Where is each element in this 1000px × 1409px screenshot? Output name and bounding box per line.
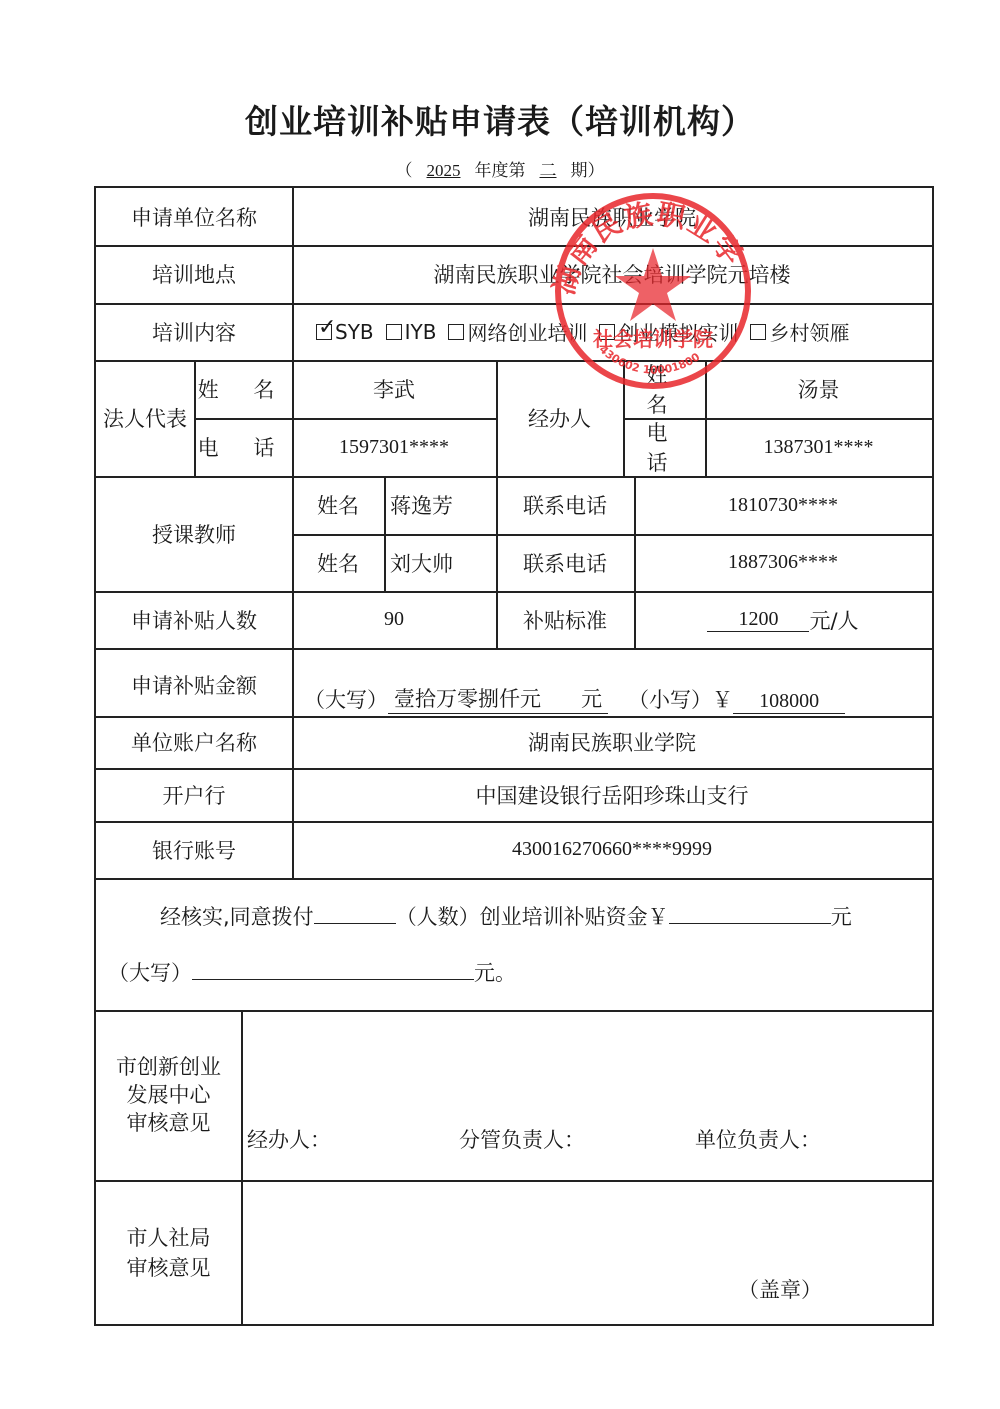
upper-amount-text: 壹拾万零捌仟元: [394, 687, 541, 711]
option-rural-leader-label: 乡村领雁: [769, 317, 849, 346]
subsidy-count-value[interactable]: 90: [292, 591, 496, 648]
account-name-value[interactable]: 湖南民族职业学院: [292, 716, 932, 768]
option-iyb[interactable]: IYB: [386, 320, 437, 344]
period-close: 期）: [571, 161, 605, 181]
teacher-1-name[interactable]: 蒋逸芳: [384, 476, 496, 534]
legal-rep-name-label: 姓 名: [194, 360, 292, 418]
approved-amount-blank[interactable]: [669, 905, 831, 924]
subsidy-standard-label: 补贴标准: [496, 591, 634, 648]
verification-text-b: （人数）创业培训补贴资金￥: [396, 905, 669, 929]
lower-amount-label: （小写）￥: [628, 684, 733, 714]
applicant-unit-label: 申请单位名称: [96, 188, 292, 245]
center-review-label-line-3: 审核意见: [127, 1109, 211, 1137]
option-simulation-training-label: 创业模拟实训: [618, 317, 738, 346]
center-handler-signature: 经办人：: [247, 1124, 459, 1154]
subsidy-amount-label: 申请补贴金额: [96, 648, 292, 716]
subsidy-standard-field: 1200 元/人: [634, 591, 932, 648]
account-number-value[interactable]: 430016270660****9999: [292, 821, 932, 878]
teacher-2-phone[interactable]: 1887306****: [634, 534, 932, 591]
teacher-1-phone-label: 联系电话: [496, 476, 634, 534]
teacher-2-phone-label: 联系电话: [496, 534, 634, 591]
option-syb[interactable]: SYB: [316, 320, 374, 344]
application-form-table: 申请单位名称 湖南民族职业学院 培训地点 湖南民族职业学院社会培训学院元培楼 培…: [94, 186, 934, 1326]
verification-text-a: 经核实,同意拨付: [160, 905, 314, 929]
legal-rep-phone-label: 电 话: [194, 418, 292, 476]
handler-phone[interactable]: 1387301****: [705, 418, 932, 476]
verification-line-1: 经核实,同意拨付（人数）创业培训补贴资金￥元: [108, 901, 852, 931]
bank-value[interactable]: 中国建设银行岳阳珍珠山支行: [292, 768, 932, 821]
center-unit-head-signature: 单位负责人：: [695, 1124, 821, 1154]
subsidy-amount-field: （大写） 壹拾万零捌仟元 元 （小写）￥ 108000: [292, 648, 932, 716]
upper-amount-label: （大写）: [304, 684, 388, 714]
center-review-opinion[interactable]: 经办人： 分管负责人： 单位负责人：: [241, 1010, 932, 1180]
seal-placeholder: （盖章）: [738, 1274, 822, 1304]
lower-amount-value[interactable]: 108000: [733, 690, 845, 714]
center-supervisor-signature: 分管负责人：: [459, 1124, 695, 1154]
teachers-label: 授课教师: [96, 476, 292, 591]
verification-text-c: 元: [831, 905, 852, 929]
bureau-review-opinion[interactable]: （盖章）: [241, 1180, 932, 1326]
checkbox-icon[interactable]: [750, 324, 766, 340]
period-year-suffix: 年度第: [475, 161, 526, 181]
subsidy-standard-value[interactable]: 1200: [707, 608, 809, 632]
option-rural-leader[interactable]: 乡村领雁: [750, 317, 849, 346]
account-number-label: 银行账号: [96, 821, 292, 878]
option-online-training[interactable]: 网络创业培训: [448, 317, 587, 346]
center-review-label-line-2: 发展中心: [127, 1081, 211, 1109]
training-location-label: 培训地点: [96, 245, 292, 303]
checkbox-icon[interactable]: [599, 324, 615, 340]
training-content-label: 培训内容: [96, 303, 292, 360]
approved-amount-upper-blank[interactable]: [192, 961, 474, 980]
checkbox-icon[interactable]: [448, 324, 464, 340]
teacher-2-name[interactable]: 刘大帅: [384, 534, 496, 591]
option-online-training-label: 网络创业培训: [467, 317, 587, 346]
option-syb-label: SYB: [335, 320, 374, 344]
bureau-review-label: 市人社局 审核意见: [96, 1180, 241, 1326]
period-year[interactable]: 2025: [413, 161, 475, 181]
handler-phone-label: 电 话: [623, 418, 705, 476]
form-title: 创业培训补贴申请表（培训机构）: [0, 96, 1000, 143]
option-simulation-training[interactable]: 创业模拟实训: [599, 317, 738, 346]
subsidy-standard-unit: 元/人: [809, 605, 858, 635]
checkbox-checked-icon[interactable]: [316, 324, 332, 340]
training-content-options: SYB IYB 网络创业培训 创业模拟实训 乡村领雁: [292, 303, 932, 360]
handler-name-label: 姓 名: [623, 360, 705, 418]
applicant-unit-value[interactable]: 湖南民族职业学院: [292, 188, 932, 245]
legal-rep-name[interactable]: 李武: [292, 360, 496, 418]
period-open: （: [396, 161, 413, 181]
verification-upper-label: （大写）: [108, 961, 192, 985]
verification-line-2: （大写）元。: [108, 957, 516, 987]
verification-statement: 经核实,同意拨付（人数）创业培训补贴资金￥元 （大写）元。: [96, 878, 932, 1010]
checkbox-icon[interactable]: [386, 324, 402, 340]
teacher-2-name-label: 姓名: [292, 534, 384, 591]
handler-name[interactable]: 汤景: [705, 360, 932, 418]
approved-count-blank[interactable]: [314, 905, 396, 924]
upper-amount-unit: 元: [581, 687, 602, 711]
account-name-label: 单位账户名称: [96, 716, 292, 768]
bank-label: 开户行: [96, 768, 292, 821]
handler-label: 经办人: [496, 360, 623, 476]
subsidy-count-label: 申请补贴人数: [96, 591, 292, 648]
legal-rep-label: 法人代表: [96, 360, 194, 476]
period-number[interactable]: 二: [526, 156, 571, 181]
bureau-review-label-line-1: 市人社局: [127, 1223, 211, 1253]
teacher-1-name-label: 姓名: [292, 476, 384, 534]
center-review-label-line-1: 市创新创业: [116, 1053, 221, 1081]
legal-rep-phone[interactable]: 1597301****: [292, 418, 496, 476]
teacher-1-phone[interactable]: 1810730****: [634, 476, 932, 534]
center-review-label: 市创新创业 发展中心 审核意见: [96, 1010, 241, 1180]
upper-amount-value[interactable]: 壹拾万零捌仟元 元: [388, 683, 608, 714]
option-iyb-label: IYB: [405, 320, 437, 344]
training-location-value[interactable]: 湖南民族职业学院社会培训学院元培楼: [292, 245, 932, 303]
verification-upper-unit: 元。: [474, 961, 516, 985]
bureau-review-label-line-2: 审核意见: [127, 1253, 211, 1283]
form-period: （2025年度第二期）: [0, 156, 1000, 181]
